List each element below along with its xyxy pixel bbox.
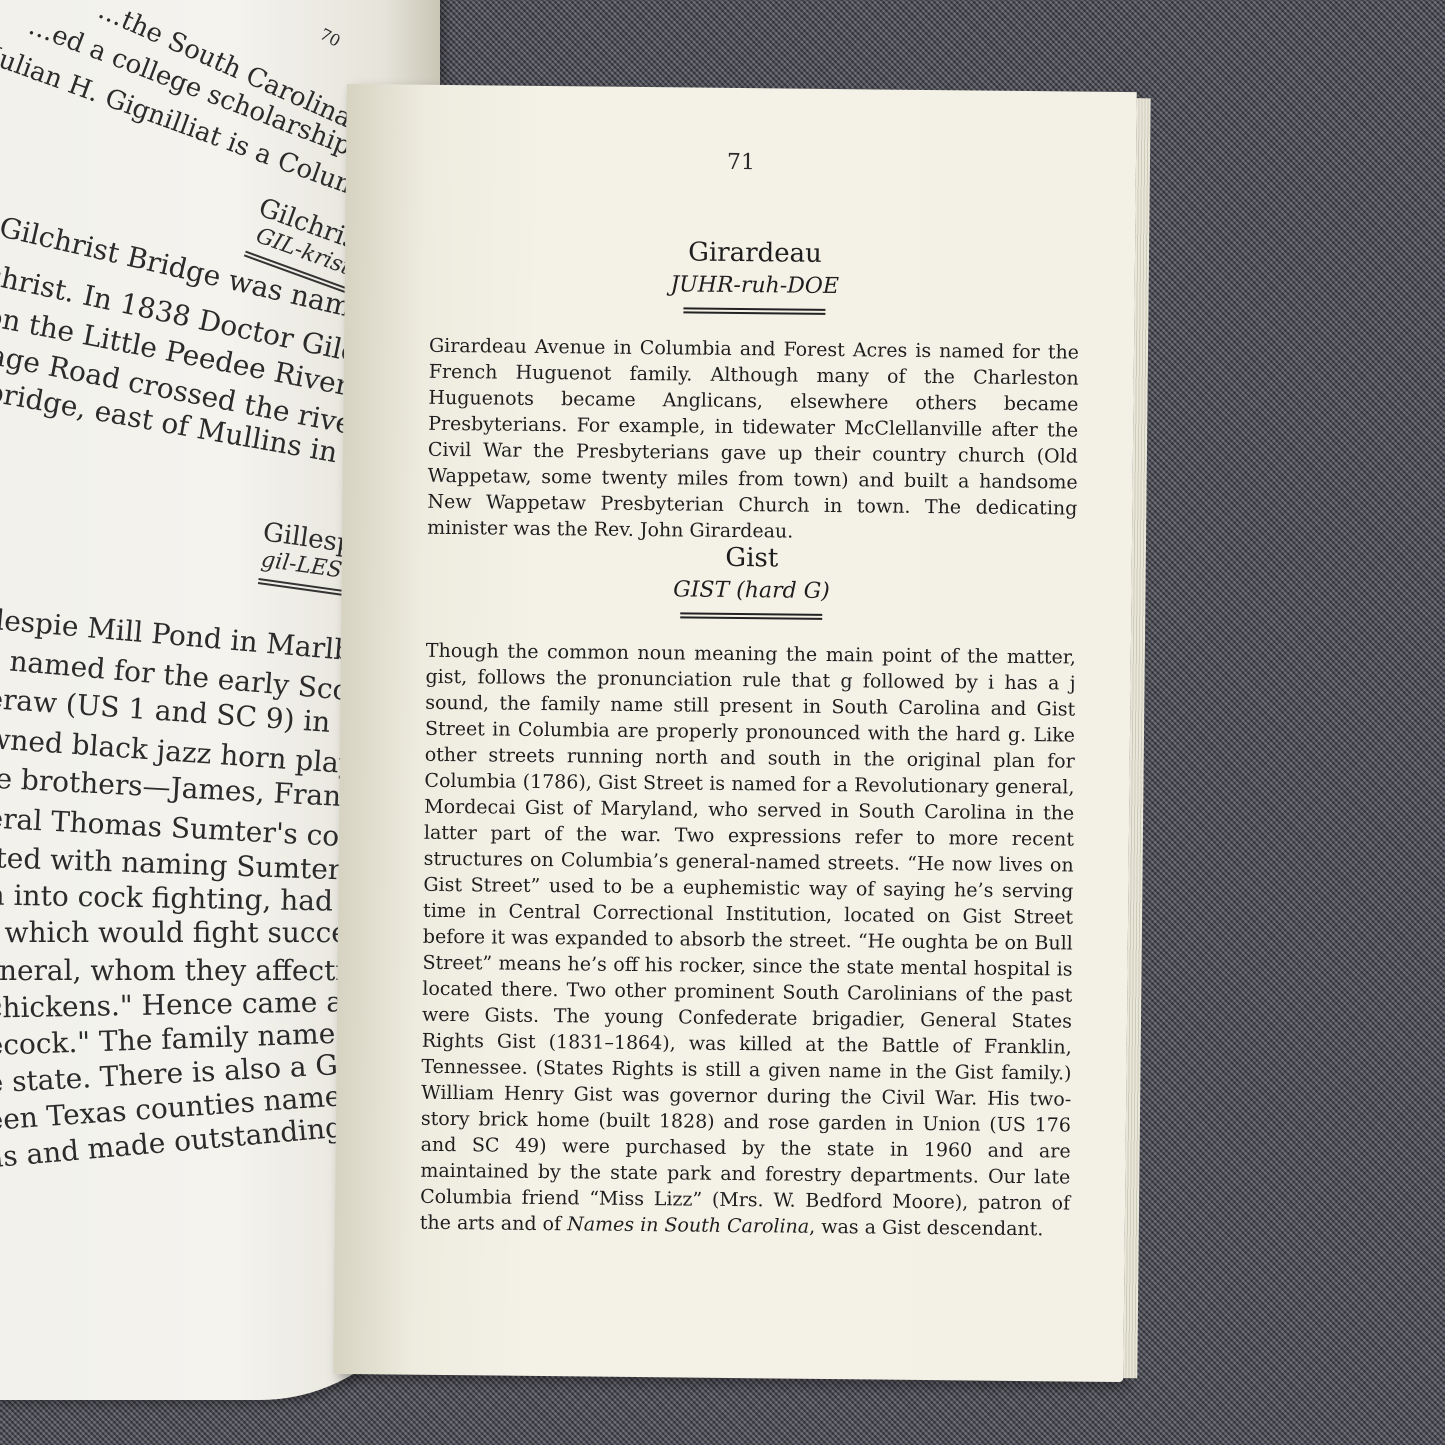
entry-name: Gist <box>427 540 1077 577</box>
entry-body: Though the common noun meaning the main … <box>420 638 1076 1243</box>
entry-heading: Gist GIST (hard G) <box>426 540 1077 623</box>
entry-body-text: Though the common noun meaning the main … <box>420 640 1076 1236</box>
entry-gist: Gist GIST (hard G) Though the common nou… <box>420 540 1077 1243</box>
entry-girardeau: Girardeau JUHR-ruh-DOE Girardeau Avenue … <box>427 235 1080 548</box>
double-rule <box>683 307 825 314</box>
right-page-number: 71 <box>346 146 1136 179</box>
entry-body-text-end: , was a Gist descendant. <box>809 1216 1043 1240</box>
entry-name: Girardeau <box>430 235 1080 272</box>
entry-heading: Girardeau JUHR-ruh-DOE <box>429 235 1080 318</box>
book-title-italic: Names in South Carolina <box>567 1213 809 1238</box>
entry-pronunciation: GIST (hard G) <box>426 574 1076 609</box>
entry-pronunciation: JUHR-ruh-DOE <box>430 269 1080 304</box>
page-block-edge <box>1123 98 1150 1378</box>
right-page: 71 Girardeau JUHR-ruh-DOE Girardeau Aven… <box>333 84 1136 1382</box>
left-page-number: 70 <box>317 24 344 50</box>
double-rule <box>680 612 822 619</box>
entry-body: Girardeau Avenue in Columbia and Forest … <box>427 333 1079 548</box>
